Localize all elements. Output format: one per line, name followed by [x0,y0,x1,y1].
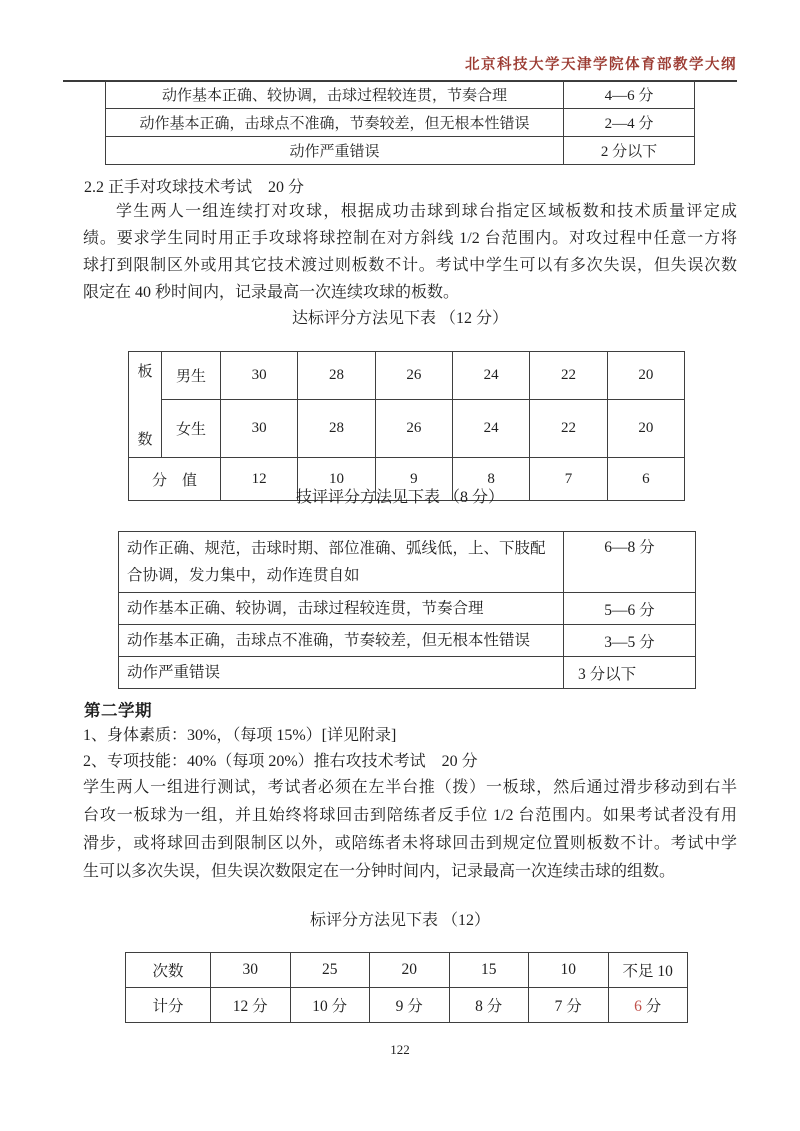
table-caption-tech: 技评评分方法见下表 （8 分） [0,484,800,507]
table-row: 动作严重错误 2 分以下 [106,137,695,165]
document-page: 北京科技大学天津学院体育部教学大纲 动作基本正确、较协调，击球过程较连贯，节奏合… [0,0,800,1131]
value-cell: 9 分 [370,988,450,1023]
score-cell: 4—6 分 [564,81,695,109]
table-caption-count: 标评分方法见下表 （12） [0,907,800,930]
value-cell: 不足 10 [608,953,688,988]
page-header-title: 北京科技大学天津学院体育部教学大纲 [465,53,737,74]
row-label-cell: 计分 [126,988,211,1023]
body-paragraph: 学生两人一组进行测试，考试者必须在左半台推（拨）一板球，然后通过滑步移动到右半 … [83,774,737,886]
paragraph-line: 限定在 40 秒时间内，记录最高一次连续攻球的板数。 [83,279,737,306]
body-paragraph: 学生两人一组连续打对攻球，根据成功击球到球台指定区域板数和技术质量评定成 绩。要… [83,198,737,306]
board-count-char: 板 [137,360,152,381]
score-cell: 2—4 分 [564,109,695,137]
table-row: 动作基本正确，击球点不准确，节奏较差，但无根本性错误 3—5 分 [119,625,696,657]
value-cell: 30 [211,953,291,988]
value-cell: 10 [529,953,609,988]
value-cell: 15 [449,953,529,988]
page-number: 122 [0,1042,800,1058]
row-label-cell: 次数 [126,953,211,988]
value-cell: 25 [290,953,370,988]
row-label-cell: 男生 [162,352,221,400]
table-row: 板 数 男生 30 28 26 24 22 20 [129,352,685,400]
value-cell: 22 [530,400,607,458]
score-cell: 2 分以下 [564,137,695,165]
table-row: 动作严重错误 3 分以下 [119,657,696,689]
table-row: 动作正确、规范，击球时期、部位准确、弧线低，上、下肢配合协调，发力集中，动作连贯… [119,532,696,593]
value-cell: 22 [530,352,607,400]
reach-standard-table: 板 数 男生 30 28 26 24 22 20 女生 30 28 26 24 … [128,351,685,501]
criteria-cell: 动作基本正确，击球点不准确，节奏较差，但无根本性错误 [106,109,564,137]
table-row: 次数 30 25 20 15 10 不足 10 [126,953,688,988]
value-cell: 24 [452,400,529,458]
paragraph-line: 滑步，或将球回击到限制区以外，或陪练者未将球回击到规定位置则板数不计。考试中学 [83,830,737,858]
value-cell: 8 分 [449,988,529,1023]
criteria-cell: 动作基本正确、较协调，击球过程较连贯，节奏合理 [106,81,564,109]
score-unit: 分 [642,998,661,1015]
value-cell: 20 [607,352,684,400]
highlighted-score-number: 6 [634,998,642,1015]
paragraph-line: 球打到限制区外或用其它技术渡过则板数不计。考试中学生可以有多次失误，但失误次数 [83,252,737,279]
value-cell: 10 分 [290,988,370,1023]
row-label-cell: 女生 [162,400,221,458]
semester-heading: 第二学期 [84,697,152,721]
table-row: 动作基本正确、较协调，击球过程较连贯，节奏合理 4—6 分 [106,81,695,109]
tech-eval-table: 动作正确、规范，击球时期、部位准确、弧线低，上、下肢配合协调，发力集中，动作连贯… [118,531,696,689]
count-score-table: 次数 30 25 20 15 10 不足 10 计分 12 分 10 分 9 分… [125,952,688,1023]
value-cell: 20 [607,400,684,458]
score-cell: 6—8 分 [564,532,696,593]
paragraph-line: 台攻一板球为一组，并且始终将球回击到陪练者反手位 1/2 台范围内。如果考试者没… [83,802,737,830]
value-cell: 7 分 [529,988,609,1023]
list-item: 1、身体素质：30%，（每项 15%）[详见附录] [83,722,396,745]
table-caption-reach: 达标评分方法见下表 （12 分） [0,305,800,328]
value-cell: 6 分 [608,988,688,1023]
value-cell: 28 [298,400,375,458]
paragraph-line: 学生两人一组进行测试，考试者必须在左半台推（拨）一板球，然后通过滑步移动到右半 [83,774,737,802]
value-cell: 30 [221,352,298,400]
criteria-cell: 动作严重错误 [106,137,564,165]
table-row: 计分 12 分 10 分 9 分 8 分 7 分 6 分 [126,988,688,1023]
value-cell: 26 [375,400,452,458]
paragraph-line: 学生两人一组连续打对攻球，根据成功击球到球台指定区域板数和技术质量评定成 [83,198,737,225]
criteria-cell: 动作基本正确，击球点不准确，节奏较差，但无根本性错误 [119,625,564,657]
table-row: 女生 30 28 26 24 22 20 [129,400,685,458]
board-count-char: 数 [137,428,152,449]
value-cell: 20 [370,953,450,988]
section-title: 2.2 正手对攻球技术考试 20 分 [84,174,304,197]
value-cell: 12 分 [211,988,291,1023]
value-cell: 30 [221,400,298,458]
value-cell: 28 [298,352,375,400]
criteria-cell: 动作正确、规范，击球时期、部位准确、弧线低，上、下肢配合协调，发力集中，动作连贯… [119,532,564,593]
value-cell: 24 [452,352,529,400]
table-row: 动作基本正确，击球点不准确，节奏较差，但无根本性错误 2—4 分 [106,109,695,137]
criteria-cell: 动作严重错误 [119,657,564,689]
table-row: 动作基本正确、较协调，击球过程较连贯，节奏合理 5—6 分 [119,593,696,625]
paragraph-line: 绩。要求学生同时用正手攻球将球控制在对方斜线 1/2 台范围内。对攻过程中任意一… [83,225,737,252]
score-cell: 3 分以下 [564,657,696,689]
score-cell: 3—5 分 [564,625,696,657]
board-count-header-cell: 板 数 [129,352,162,458]
value-cell: 26 [375,352,452,400]
paragraph-line: 生可以多次失误，但失误次数限定在一分钟时间内，记录最高一次连续击球的组数。 [83,858,737,886]
score-cell: 5—6 分 [564,593,696,625]
criteria-cell: 动作基本正确、较协调，击球过程较连贯，节奏合理 [119,593,564,625]
score-table-continued: 动作基本正确、较协调，击球过程较连贯，节奏合理 4—6 分 动作基本正确，击球点… [105,80,695,165]
list-item: 2、专项技能：40%（每项 20%）推右攻技术考试 20 分 [83,748,478,771]
